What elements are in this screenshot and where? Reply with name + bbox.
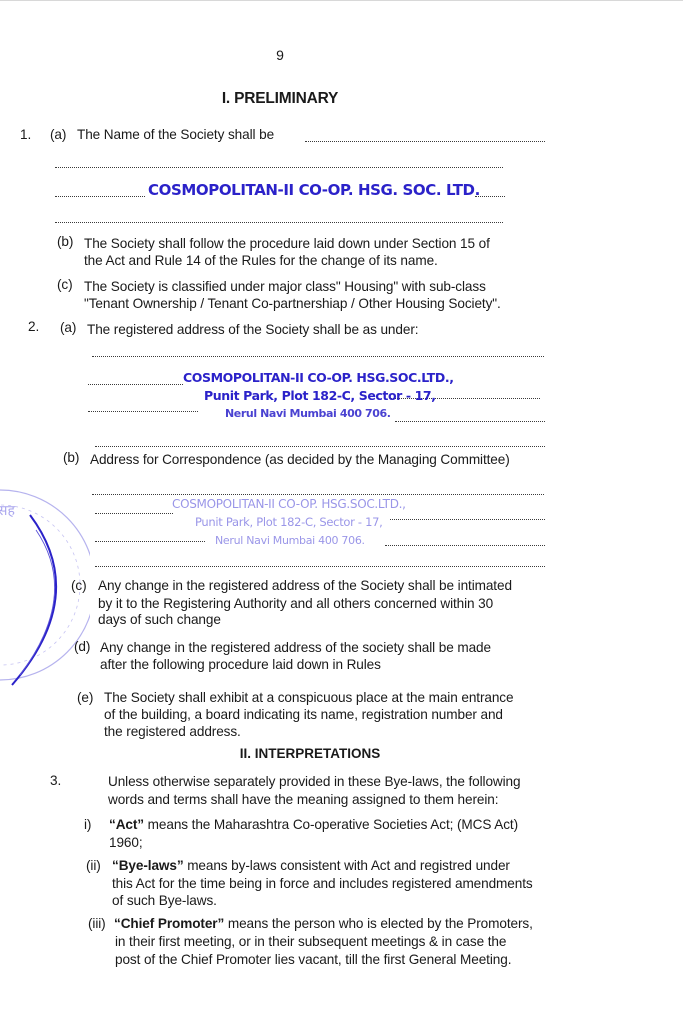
definition-line: in their first meeting, or in their subs… bbox=[115, 934, 506, 950]
blank-line bbox=[475, 196, 505, 199]
clause-text: Any change in the registered address of … bbox=[100, 640, 491, 656]
page-number: 9 bbox=[0, 47, 560, 63]
blank-line bbox=[385, 545, 545, 548]
blank-line bbox=[390, 519, 545, 522]
blank-line bbox=[95, 513, 173, 516]
correspondence-stamp-line: Punit Park, Plot 182-C, Sector - 17, bbox=[195, 515, 383, 529]
subclause-label: (e) bbox=[77, 690, 93, 706]
definition-label: i) bbox=[84, 817, 91, 833]
definition-line: of such Bye-laws. bbox=[112, 893, 217, 909]
definition-term: “Chief Promoter” bbox=[114, 916, 224, 931]
clause-text: The Society shall follow the procedure l… bbox=[84, 236, 490, 252]
blank-line bbox=[305, 141, 545, 144]
clause-text: after the following procedure laid down … bbox=[100, 657, 381, 673]
clause-text: of the building, a board indicating its … bbox=[104, 707, 503, 723]
clause-number: 3. bbox=[50, 773, 61, 788]
clause-text: the registered address. bbox=[104, 724, 241, 740]
subclause-label: (a) bbox=[50, 127, 66, 143]
clause-text: days of such change bbox=[98, 612, 221, 628]
section-title-preliminary: I. PRELIMINARY bbox=[0, 90, 560, 108]
definition-label: (ii) bbox=[86, 858, 101, 874]
definition-line: “Chief Promoter” means the person who is… bbox=[114, 916, 533, 932]
clause-text: words and terms shall have the meaning a… bbox=[108, 792, 498, 808]
clause-text: "Tenant Ownership / Tenant Co-partnershi… bbox=[84, 296, 501, 312]
blank-line bbox=[395, 421, 545, 424]
address-stamp-line: Punit Park, Plot 182-C, Sector - 17, bbox=[204, 388, 436, 403]
definition-line: “Act” means the Maharashtra Co-operative… bbox=[109, 817, 518, 833]
page-top-edge bbox=[0, 0, 683, 1]
correspondence-stamp-line: Nerul Navi Mumbai 400 706. bbox=[215, 534, 365, 547]
definition-term: “Act” bbox=[109, 817, 144, 832]
clause-text: Address for Correspondence (as decided b… bbox=[90, 452, 510, 468]
blank-line bbox=[55, 167, 503, 170]
definition-line: 1960; bbox=[109, 835, 143, 851]
clause-number: 1. bbox=[20, 127, 31, 142]
subclause-label: (a) bbox=[60, 320, 76, 336]
section-title-interpretations: II. INTERPRETATIONS bbox=[0, 746, 620, 761]
subclause-label: (c) bbox=[71, 578, 87, 594]
clause-text: Unless otherwise separately provided in … bbox=[108, 774, 520, 790]
subclause-label: (d) bbox=[74, 639, 90, 655]
clause-text: The registered address of the Society sh… bbox=[87, 322, 418, 338]
blank-line bbox=[88, 384, 183, 387]
blank-line bbox=[88, 411, 198, 414]
clause-text: by it to the Registering Authority and a… bbox=[98, 596, 493, 612]
definition-line: post of the Chief Promoter lies vacant, … bbox=[115, 952, 511, 968]
definition-line: this Act for the time being in force and… bbox=[112, 876, 533, 892]
definition-label: (iii) bbox=[88, 916, 106, 932]
clause-text: The Society shall exhibit at a conspicuo… bbox=[104, 690, 513, 706]
correspondence-stamp-line: COSMOPOLITAN-II CO-OP. HSG.SOC.LTD., bbox=[172, 497, 406, 511]
subclause-label: (b) bbox=[57, 234, 73, 250]
clause-text: Any change in the registered address of … bbox=[98, 578, 512, 594]
subclause-label: (b) bbox=[63, 450, 79, 466]
subclause-label: (c) bbox=[57, 277, 73, 293]
blank-line bbox=[95, 446, 545, 449]
blank-line bbox=[55, 222, 503, 225]
clause-text: The Name of the Society shall be bbox=[77, 127, 274, 143]
blank-line bbox=[95, 566, 545, 569]
svg-text:सह: सह bbox=[0, 503, 15, 519]
blank-line bbox=[95, 541, 205, 544]
definition-line: “Bye-laws” means by-laws consistent with… bbox=[112, 858, 510, 874]
clause-text: The Society is classified under major cl… bbox=[84, 279, 486, 295]
address-stamp-line: Nerul Navi Mumbai 400 706. bbox=[225, 407, 391, 420]
blank-line bbox=[55, 196, 145, 199]
definition-term: “Bye-laws” bbox=[112, 858, 184, 873]
society-name-stamp: COSMOPOLITAN-II CO-OP. HSG. SOC. LTD. bbox=[148, 181, 480, 199]
clause-text: the Act and Rule 14 of the Rules for the… bbox=[84, 253, 438, 269]
clause-number: 2. bbox=[28, 319, 39, 334]
address-stamp-line: COSMOPOLITAN-II CO-OP. HSG.SOC.LTD., bbox=[183, 370, 454, 385]
blank-line bbox=[92, 356, 544, 359]
